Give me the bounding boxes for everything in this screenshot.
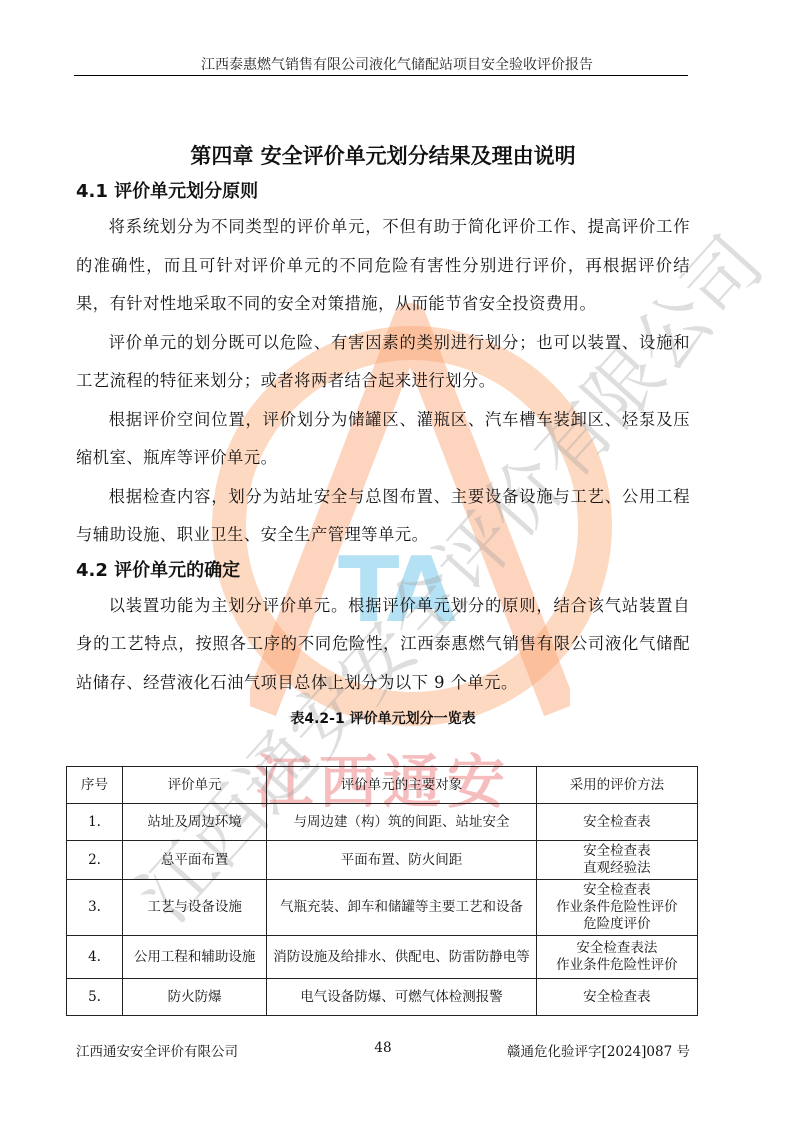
- method-line: 直观经验法: [540, 860, 694, 877]
- cell-method: 安全检查表: [536, 804, 697, 841]
- method-line: 安全检查表: [540, 989, 694, 1006]
- cell-method: 安全检查表法 作业条件危险性评价: [536, 936, 697, 979]
- cell-object: 与周边建（构）筑的间距、站址安全: [267, 804, 537, 841]
- cell-method: 安全检查表 作业条件危险性评价 危险度评价: [536, 880, 697, 936]
- cell-method: 安全检查表: [536, 979, 697, 1016]
- cell-unit: 工艺与设备设施: [123, 880, 267, 936]
- table-row: 3. 工艺与设备设施 气瓶充装、卸车和储罐等主要工艺和设备 安全检查表 作业条件…: [67, 880, 698, 936]
- method-line: 危险度评价: [540, 916, 694, 933]
- header-index: 序号: [67, 767, 123, 804]
- method-line: 作业条件危险性评价: [540, 957, 694, 974]
- cell-object: 平面布置、防火间距: [267, 841, 537, 880]
- cell-index: 2.: [67, 841, 123, 880]
- method-line: 安全检查表法: [540, 940, 694, 957]
- cell-unit: 防火防爆: [123, 979, 267, 1016]
- method-line: 安全检查表: [540, 814, 694, 831]
- cell-index: 4.: [67, 936, 123, 979]
- paragraph: 将系统划分为不同类型的评价单元，不但有助于简化评价工作、提高评价工作的准确性，而…: [76, 208, 690, 324]
- section-title-4-1: 4.1 评价单元划分原则: [76, 176, 690, 208]
- header-method: 采用的评价方法: [536, 767, 697, 804]
- paragraph: 根据检查内容，划分为站址安全与总图布置、主要设备设施与工艺、公用工程与辅助设施、…: [76, 478, 690, 555]
- cell-unit: 公用工程和辅助设施: [123, 936, 267, 979]
- cell-index: 1.: [67, 804, 123, 841]
- cell-object: 消防设施及给排水、供配电、防雷防静电等: [267, 936, 537, 979]
- method-line: 安全检查表: [540, 882, 694, 899]
- table-caption: 表4.2-1 评价单元划分一览表: [76, 708, 690, 728]
- cell-object: 气瓶充装、卸车和储罐等主要工艺和设备: [267, 880, 537, 936]
- section-title-4-2: 4.2 评价单元的确定: [76, 555, 690, 587]
- method-line: 作业条件危险性评价: [540, 899, 694, 916]
- paragraph: 根据评价空间位置，评价划分为储罐区、灌瓶区、汽车槽车装卸区、烃泵及压缩机室、瓶库…: [76, 401, 690, 478]
- cell-method: 安全检查表 直观经验法: [536, 841, 697, 880]
- header-object: 评价单元的主要对象: [267, 767, 537, 804]
- cell-unit: 总平面布置: [123, 841, 267, 880]
- cell-index: 3.: [67, 880, 123, 936]
- paragraph: 评价单元的划分既可以危险、有害因素的类别进行划分；也可以装置、设施和工艺流程的特…: [76, 324, 690, 401]
- table-row: 4. 公用工程和辅助设施 消防设施及给排水、供配电、防雷防静电等 安全检查表法 …: [67, 936, 698, 979]
- table-header-row: 序号 评价单元 评价单元的主要对象 采用的评价方法: [67, 767, 698, 804]
- footer-doc-number: 赣通危化验评字[2024]087 号: [507, 1040, 690, 1060]
- header-divider: [74, 75, 688, 76]
- paragraph: 以装置功能为主划分评价单元。根据评价单元划分的原则，结合该气站装置自身的工艺特点…: [76, 587, 690, 703]
- header-unit: 评价单元: [123, 767, 267, 804]
- cell-unit: 站址及周边环境: [123, 804, 267, 841]
- cell-index: 5.: [67, 979, 123, 1016]
- cell-object: 电气设备防爆、可燃气体检测报警: [267, 979, 537, 1016]
- page-content: 第四章 安全评价单元划分结果及理由说明 4.1 评价单元划分原则 将系统划分为不…: [76, 140, 690, 734]
- running-header: 江西泰惠燃气销售有限公司液化气储配站项目安全验收评价报告: [0, 54, 794, 74]
- table-row: 5. 防火防爆 电气设备防爆、可燃气体检测报警 安全检查表: [67, 979, 698, 1016]
- method-line: 安全检查表: [540, 843, 694, 860]
- table-row: 2. 总平面布置 平面布置、防火间距 安全检查表 直观经验法: [67, 841, 698, 880]
- evaluation-units-table: 序号 评价单元 评价单元的主要对象 采用的评价方法 1. 站址及周边环境 与周边…: [66, 766, 698, 1016]
- chapter-title: 第四章 安全评价单元划分结果及理由说明: [76, 140, 690, 172]
- table-row: 1. 站址及周边环境 与周边建（构）筑的间距、站址安全 安全检查表: [67, 804, 698, 841]
